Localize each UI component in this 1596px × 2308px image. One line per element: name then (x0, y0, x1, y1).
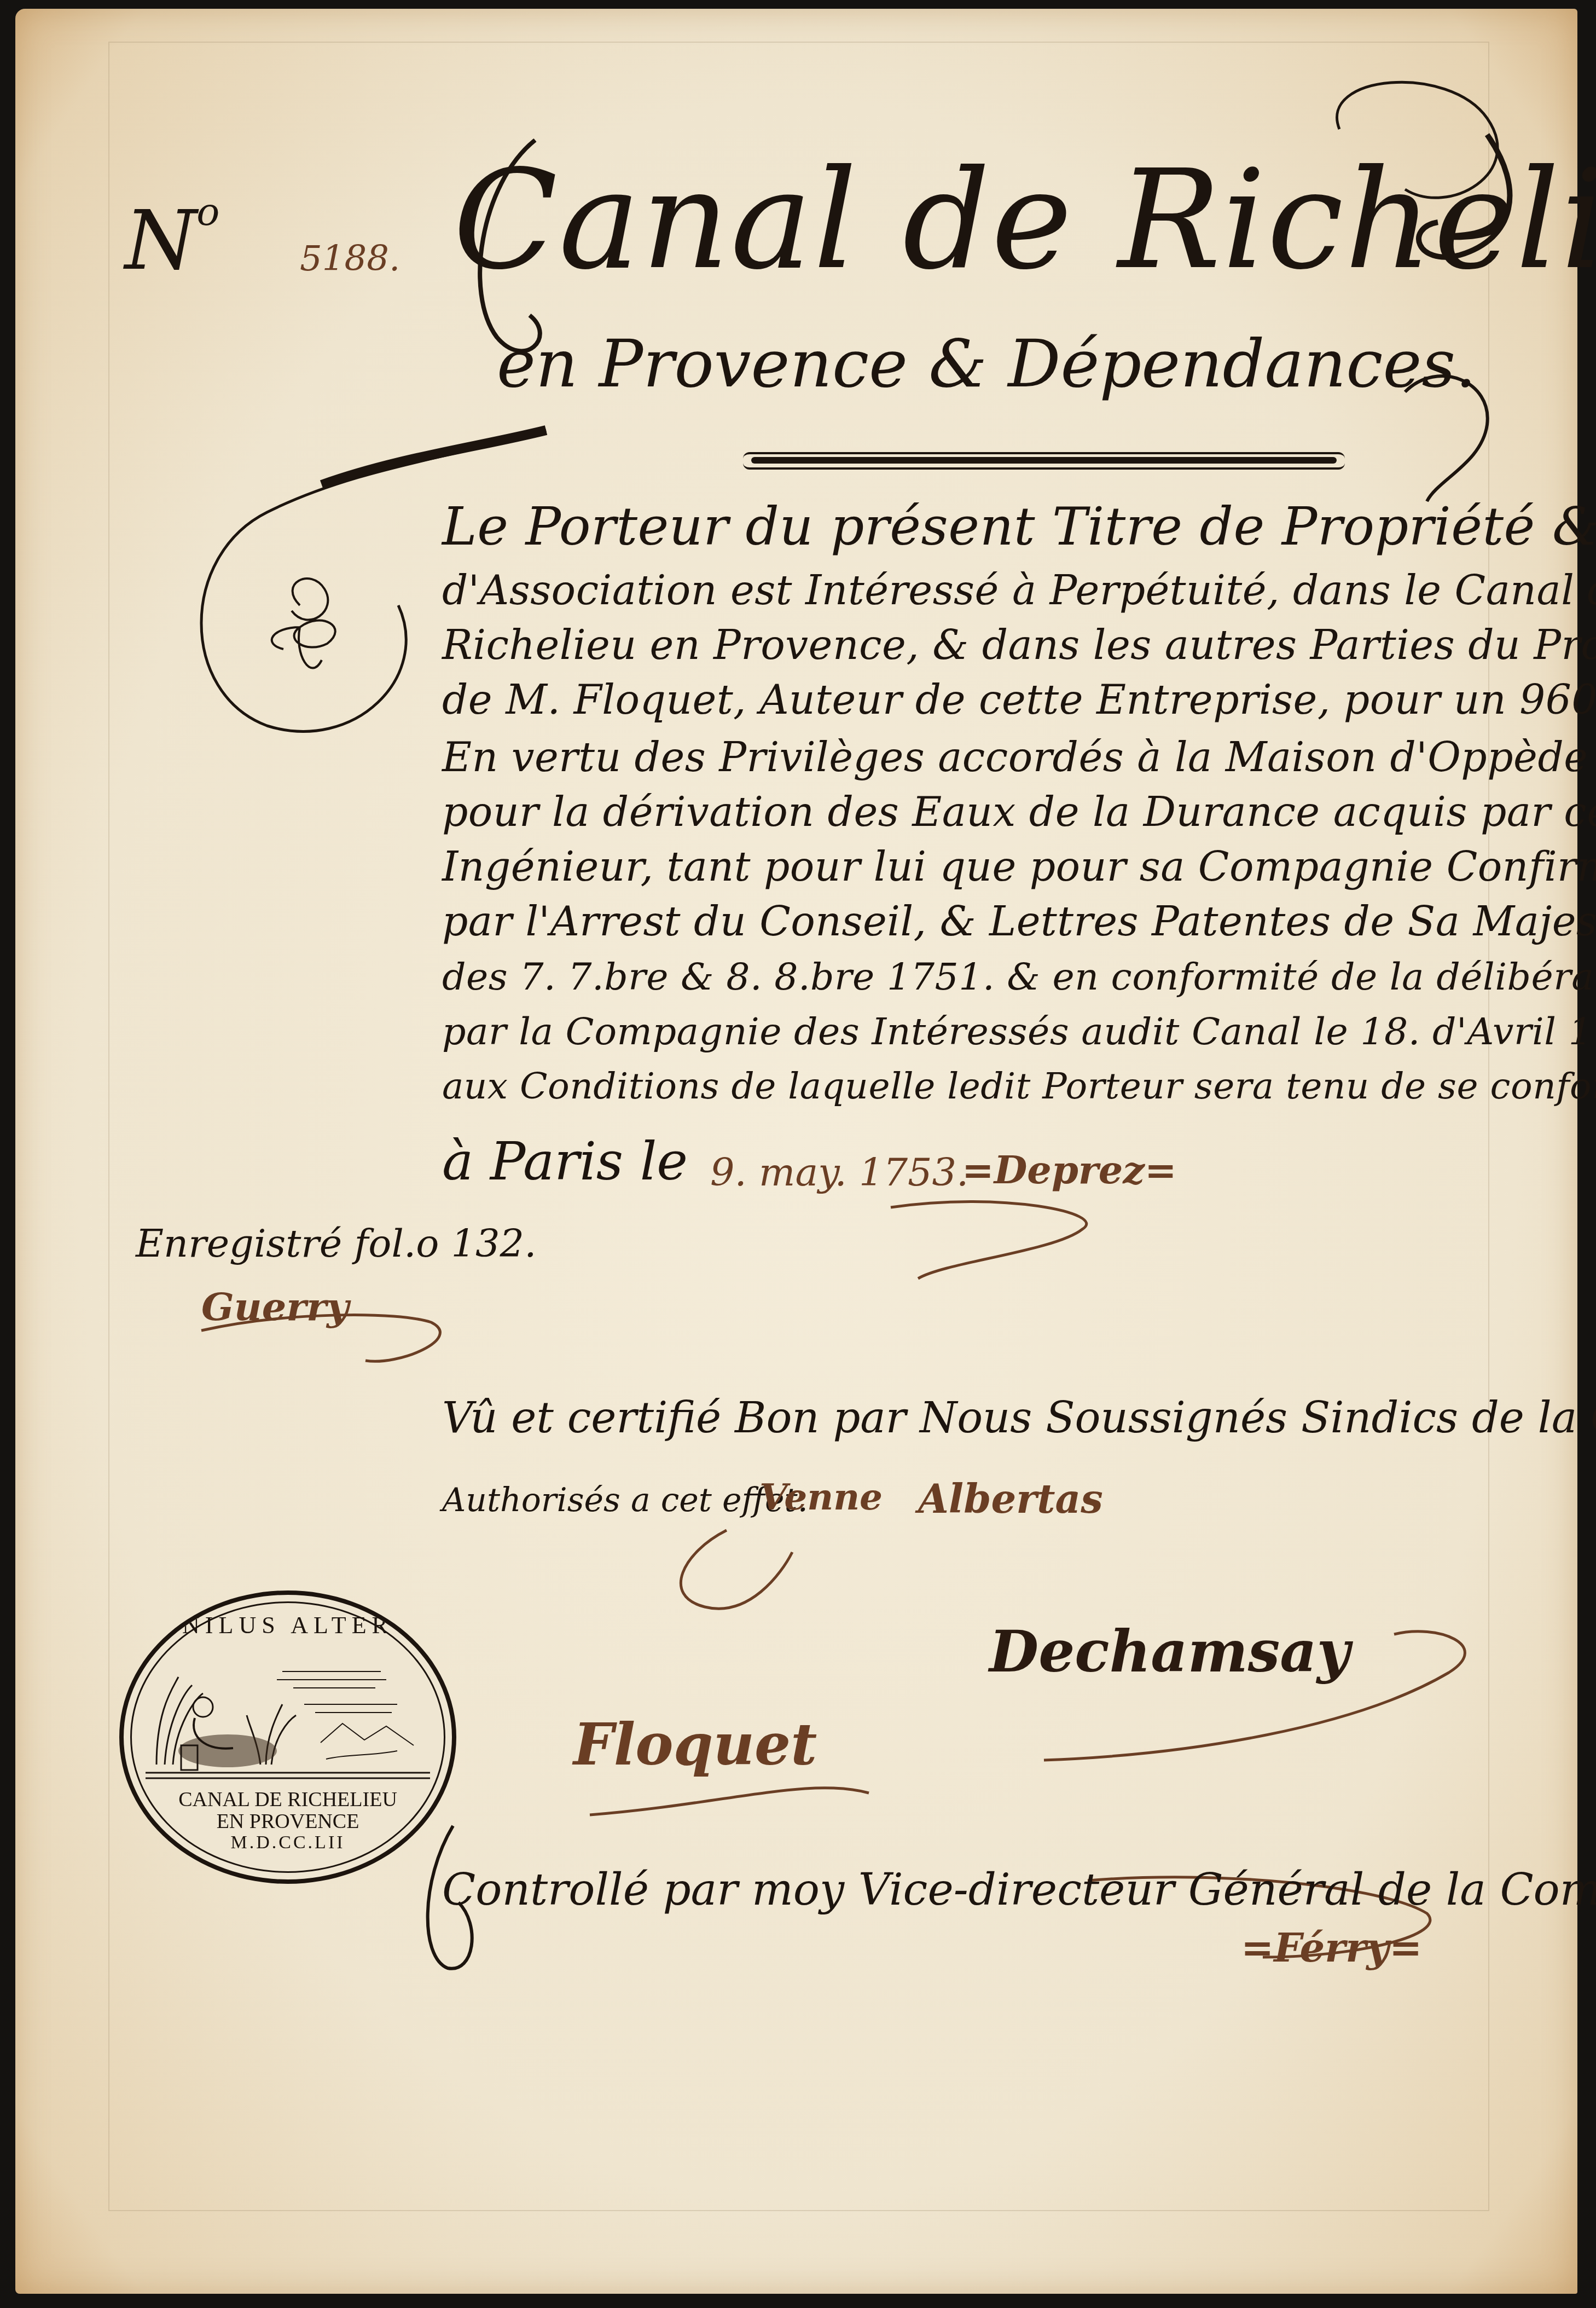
body-line-10: par la Compagnie des Intéressés audit Ca… (442, 1010, 1596, 1054)
signature-registration: Guerry (201, 1284, 349, 1329)
certification-line-2: Authorisés a cet effet. (442, 1481, 808, 1519)
medallion-legend-line-2: EN PROVENCE (124, 1811, 452, 1833)
registration-note: Enregistré fol.o 132. (136, 1221, 536, 1266)
body-line-9: des 7. 7.bre & 8. 8.bre 1751. & en confo… (442, 956, 1596, 999)
certificate-number: 5188. (300, 239, 400, 279)
body-line-4: de M. Floquet, Auteur de cette Entrepris… (442, 676, 1596, 724)
signature-syndic-2: Albertas (918, 1476, 1103, 1522)
signature-control: =Férry= (1241, 1924, 1422, 1971)
body-line-11: aux Conditions de laquelle ledit Porteur… (442, 1065, 1596, 1107)
certification-line-1: Vû et certifié Bon par Nous Soussignés S… (442, 1393, 1596, 1443)
body-line-8: par l'Arrest du Conseil, & Lettres Paten… (442, 898, 1596, 945)
number-superscript: o (196, 189, 219, 234)
signature-syndic-4: Floquet (573, 1711, 817, 1778)
medallion-legend-line-1: CANAL DE RICHELIEU (124, 1789, 452, 1811)
certificate-sheet: No 5188. Canal de Richelieu en Provence … (15, 9, 1577, 2294)
control-line: Controllé par moy Vice-directeur Général… (442, 1864, 1596, 1915)
body-line-2: d'Association est Intéressé à Perpétuité… (442, 567, 1596, 614)
number-label-text: N (125, 193, 196, 288)
certificate-number-label: No (125, 189, 219, 288)
medallion-motto: NILUS ALTER (124, 1611, 452, 1639)
signature-deprez: =Deprez= (962, 1147, 1177, 1193)
medallion-legend: CANAL DE RICHELIEU EN PROVENCE M.D.CC.LI… (124, 1789, 452, 1852)
body-line-3: Richelieu en Provence, & dans les autres… (442, 622, 1596, 669)
body-line-5: En vertu des Privilèges accordés à la Ma… (442, 734, 1588, 781)
date-handwritten: 9. may. 1753. (710, 1150, 968, 1195)
medallion-year: M.D.CC.LII (124, 1833, 452, 1853)
body-line-7: Ingénieur, tant pour lui que pour sa Com… (442, 843, 1596, 890)
place-date-prefix: à Paris le (442, 1131, 688, 1192)
river-god-scene-icon (140, 1655, 436, 1786)
engraved-medallion: NILUS ALTER CANAL DE RICHELIEU EN PROVEN… (119, 1590, 456, 1884)
signature-syndic-1: Venne (759, 1476, 883, 1518)
document-title: Canal de Richelieu (453, 140, 1596, 299)
document-subtitle: en Provence & Dépendances. (497, 326, 1476, 402)
ornamental-divider (743, 452, 1345, 470)
body-line-6: pour la dérivation des Eaux de la Duranc… (442, 789, 1596, 836)
signature-syndic-3: Dechamsay (989, 1618, 1350, 1685)
body-line-1: Le Porteur du présent Titre de Propriété… (442, 496, 1596, 557)
